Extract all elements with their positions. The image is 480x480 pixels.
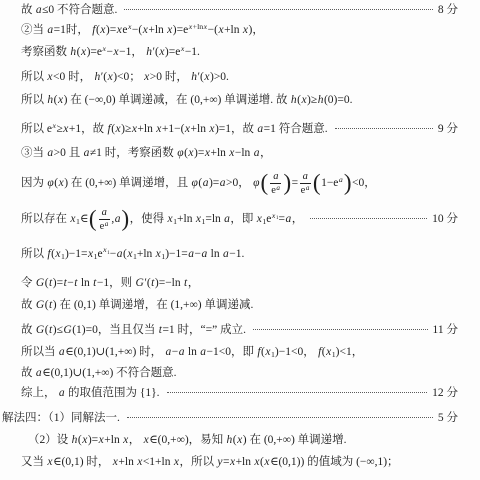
math-variable: a: [188, 247, 195, 262]
math-text: −1，: [119, 45, 146, 60]
math-text: −1，则: [97, 276, 135, 291]
math-text: 综上，: [21, 386, 58, 401]
line-method4: 解法四：（1）同解法一.5 分: [2, 411, 458, 426]
fraction-numerator: a: [270, 171, 281, 184]
math-text: >0 时，: [150, 70, 191, 85]
fraction-numerator: a: [99, 207, 110, 220]
math-text: 考察函数: [21, 45, 70, 60]
dotted-leader: [310, 217, 427, 219]
math-text: )>0.: [210, 70, 229, 85]
math-text: 1: [173, 217, 177, 226]
math-text: 故: [21, 298, 35, 313]
line-def-h: 考察函数 h(x)=ex−x−1， h′(x)=ex−1.: [21, 45, 458, 60]
math-variable: a: [58, 386, 65, 401]
dotted-leader: [253, 328, 428, 330]
math-variable: φ: [177, 146, 184, 161]
score-marker: 9 分: [438, 122, 458, 137]
line-content: 故 a∈(0,1)∪(1,+∞) 不符合题意.: [21, 366, 177, 381]
math-text: 1: [262, 217, 266, 226]
math-text: )≥: [121, 122, 131, 137]
math-text: ∈(0,1) 时，: [53, 455, 112, 470]
line-content: 所以 x<0 时， h′(x)<0； x>0 时， h′(x)>0.: [21, 70, 229, 85]
math-text: 又当: [21, 455, 47, 470]
line-a-le-0: 故 a≤0 不符合题意.8 分: [21, 3, 458, 18]
math-text: )<0；: [113, 70, 143, 85]
math-text: ≤0 不符合题意.: [42, 3, 117, 18]
math-text: ，: [260, 146, 272, 161]
math-text: 令: [21, 276, 35, 291]
math-text: +ln: [191, 122, 209, 137]
math-text: +ln: [193, 22, 203, 31]
math-text: ) 在 (0,+∞) 单调递增，且: [64, 176, 191, 191]
math-text: <0 时，: [53, 70, 94, 85]
superscript: a: [305, 184, 310, 192]
math-text: ，使得: [130, 212, 167, 227]
line-content: 所以当 a∈(0,1)∪(1,+∞) 时， a−a ln a−1<0，即 f(x…: [21, 345, 363, 360]
math-variable: a: [305, 184, 310, 192]
math-variable: a: [302, 171, 308, 182]
math-text: )=e: [173, 23, 188, 38]
math-text: 解法四：（1）同解法一.: [2, 411, 120, 426]
math-variable: G: [135, 276, 144, 291]
math-text: =: [292, 176, 299, 191]
math-text: ③当: [21, 146, 47, 161]
dotted-leader: [124, 8, 432, 10]
math-text: =1 时，“=” 成立.: [162, 323, 246, 338]
line-content: 令 G(t)=t−t ln t−1，则 G′(t)=−ln t，: [21, 276, 199, 291]
math-text: )=: [106, 23, 116, 38]
math-text: ∈: [80, 212, 89, 227]
fraction: aea: [300, 171, 311, 196]
math-text: 所以: [21, 93, 47, 108]
superscript: x1: [271, 216, 278, 217]
math-text: )=e: [165, 45, 180, 60]
line-f-x1: 所以 f(x1)−1=x1ex1−a(x1+ln x1)−1=a−a ln a−…: [21, 247, 458, 262]
math-text: 1: [161, 252, 165, 261]
line-m4-part2: （2）设 h(x)=x+ln x， x∈(0,+∞)，易知 h(x) 在 (0,…: [28, 433, 458, 448]
math-text: 故: [21, 3, 35, 18]
math-text: )=1，故: [215, 122, 257, 137]
line-content: 所以存在 x1∈(aea,a)，使得 x1+ln x1=ln a，即 x1ex1…: [21, 207, 303, 232]
line-case3: ③当 a>0 且 a≠1 时，考察函数 φ(x)=x+ln x−ln a，: [21, 146, 458, 161]
math-variable: φ: [253, 176, 260, 191]
math-text: 所以当: [21, 345, 58, 360]
math-text: >0，: [226, 176, 253, 191]
math-text: <0，: [352, 176, 376, 191]
math-variable: h: [47, 93, 54, 108]
fraction-numerator: a: [300, 171, 311, 184]
math-text: −1.: [185, 45, 200, 60]
math-text: +ln: [137, 122, 155, 137]
subscript: 1: [107, 250, 110, 256]
math-variable: a: [202, 176, 209, 191]
score-marker: 8 分: [438, 3, 458, 18]
math-text: )≤: [53, 323, 63, 338]
math-text: 1: [94, 252, 98, 261]
math-text: =1 符合题意.: [264, 122, 328, 137]
subscript: 1: [276, 215, 279, 221]
math-text: 所以: [21, 70, 47, 85]
line-h-prime-sign: 所以 x<0 时， h′(x)<0； x>0 时， h′(x)>0.: [21, 70, 458, 85]
math-variable: φ: [47, 176, 54, 191]
line-content: 又当 x∈(0,1) 时， x+ln x<1+ln x，所以 y=x+ln x(…: [21, 455, 399, 470]
line-content: ②当 a=1时， f(x)=xex−(x+ln x)=ex+lnx−(x+ln …: [21, 23, 264, 38]
math-text: ) 在 (−∞,0) 单调递减，在 (0,+∞) 单调递增. 故: [64, 93, 291, 108]
math-variable: h: [191, 70, 198, 85]
math-text: ln: [208, 247, 223, 262]
math-text: ∈(0,1)) 的值域为 (−∞,1)；: [270, 455, 399, 470]
math-text: （2）设: [28, 433, 71, 448]
math-text: ，: [129, 433, 143, 448]
math-variable: a: [253, 146, 260, 161]
line-conclusion: 综上， a 的取值范围为 {1}.12 分: [21, 386, 458, 401]
math-text: >0 且: [54, 146, 84, 161]
math-text: ≠1 时，考察函数: [90, 146, 177, 161]
math-text: )=: [53, 276, 63, 291]
math-text: )<1，: [336, 345, 364, 360]
line-exists-x1: 所以存在 x1∈(aea,a)，使得 x1+ln x1=ln a，即 x1ex1…: [21, 207, 458, 232]
score-marker: 10 分: [432, 212, 458, 227]
math-text: +1，故: [69, 122, 107, 137]
math-text: ∈(0,+∞)，易知: [149, 433, 226, 448]
math-variable: x: [102, 44, 106, 53]
math-variable: a: [58, 345, 65, 360]
math-variable: a: [178, 345, 185, 360]
superscript: a: [104, 220, 109, 228]
math-variable: a: [273, 171, 279, 182]
math-text: +ln: [236, 455, 254, 470]
math-text: 1: [76, 217, 80, 226]
math-text: ) 在 (0,+∞) 单调递增.: [243, 433, 347, 448]
math-variable: G: [35, 323, 44, 338]
dotted-leader: [335, 127, 433, 129]
math-text: 所以存在: [21, 212, 70, 227]
math-variable: a: [219, 176, 226, 191]
line-G-mono: 故 G(t) 在 (0,1) 单调递增，在 (1,+∞) 单调递减.: [21, 298, 458, 313]
math-text: −1.: [229, 247, 244, 262]
document-body: 故 a≤0 不符合题意.8 分②当 a=1时， f(x)=xex−(x+ln x…: [0, 0, 480, 480]
math-variable: h: [70, 45, 77, 60]
math-text: −(: [132, 23, 142, 38]
math-text: 所以 e: [21, 122, 52, 137]
math-text: ，所以: [179, 455, 216, 470]
math-text: +ln: [104, 433, 122, 448]
math-variable: φ: [191, 176, 198, 191]
math-variable: h: [226, 433, 233, 448]
math-variable: G: [63, 323, 72, 338]
math-variable: a: [276, 184, 281, 192]
math-variable: a: [114, 212, 121, 227]
line-content: 因为 φ(x) 在 (0,+∞) 单调递增，且 φ(a)=a>0， φ(aea)…: [21, 171, 376, 196]
math-text: ln: [185, 345, 200, 360]
math-text: 故: [21, 366, 35, 381]
math-variable: h: [94, 70, 101, 85]
math-variable: G: [35, 298, 44, 313]
math-variable: a: [285, 212, 292, 227]
math-variable: a: [101, 207, 107, 218]
math-variable: x: [52, 121, 56, 130]
math-text: ，即: [230, 212, 256, 227]
math-text: +1−(: [162, 122, 185, 137]
line-G-max: 故 G(t)≤G(1)=0，当且仅当 t=1 时，“=” 成立.11 分: [21, 323, 458, 338]
math-text: +ln: [224, 23, 242, 38]
line-a-eq-1-ok: 所以 ex≥x+1，故 f(x)≥x+ln x+1−(x+ln x)=1，故 a…: [21, 122, 458, 137]
math-text: (0)=0.: [324, 93, 353, 108]
line-a-union: 所以当 a∈(0,1)∪(1,+∞) 时， a−a ln a−1<0，即 f(x…: [21, 345, 458, 360]
math-text: +ln: [137, 247, 155, 262]
superscript: x1: [103, 250, 110, 251]
math-text: )=−ln: [155, 276, 184, 291]
math-text: 1: [201, 217, 205, 226]
math-text: <1+ln: [143, 455, 174, 470]
line-content: 所以 f(x1)−1=x1ex1−a(x1+ln x1)−1=a−a ln a−…: [21, 247, 244, 262]
math-variable: a: [338, 175, 343, 184]
math-variable: a: [116, 247, 123, 262]
math-text: +ln: [210, 146, 228, 161]
math-text: ∈(0,1)∪(1,+∞) 不符合题意.: [42, 366, 176, 381]
math-text: 1: [332, 350, 336, 359]
math-text: +ln: [118, 455, 136, 470]
math-variable: x: [180, 44, 184, 53]
score-marker: 11 分: [433, 323, 458, 338]
math-text: +ln: [148, 23, 166, 38]
math-variable: x: [127, 22, 131, 31]
math-text: )≥: [307, 93, 317, 108]
line-content: ③当 a>0 且 a≠1 时，考察函数 φ(x)=x+ln x−ln a，: [21, 146, 271, 161]
line-content: 解法四：（1）同解法一.: [2, 411, 120, 426]
line-h-mono: 所以 h(x) 在 (−∞,0) 单调递减，在 (0,+∞) 单调递增. 故 h…: [21, 93, 458, 108]
fraction-denominator: ea: [100, 220, 109, 232]
math-variable: a: [104, 220, 109, 228]
line-content: 所以 h(x) 在 (−∞,0) 单调递减，在 (0,+∞) 单调递增. 故 h…: [21, 93, 352, 108]
score-marker: 12 分: [432, 386, 458, 401]
math-text: ln: [78, 276, 93, 291]
math-text: 1: [61, 252, 65, 261]
math-text: 1: [276, 215, 279, 221]
math-text: 故: [21, 323, 35, 338]
math-text: 1−e: [321, 176, 338, 191]
line-case2: ②当 a=1时， f(x)=xex−(x+ln x)=ex+lnx−(x+ln …: [21, 23, 458, 38]
math-variable: h: [146, 45, 153, 60]
math-variable: a: [257, 122, 264, 137]
math-text: 1: [107, 250, 110, 256]
math-text: )=: [194, 146, 204, 161]
math-text: )=: [88, 433, 98, 448]
math-variable: a: [222, 247, 229, 262]
math-variable: a: [83, 146, 90, 161]
line-content: 所以 ex≥x+1，故 f(x)≥x+ln x+1−(x+ln x)=1，故 a…: [21, 122, 328, 137]
math-text: ) 在 (0,1) 单调递增，在 (1,+∞) 单调递减.: [53, 298, 254, 313]
line-union-fail: 故 a∈(0,1)∪(1,+∞) 不符合题意.: [21, 366, 458, 381]
math-text: =ln: [205, 212, 223, 227]
math-text: ，: [292, 212, 304, 227]
math-text: 所以: [21, 247, 47, 262]
math-text: )=e: [87, 45, 102, 60]
math-variable: G: [35, 276, 44, 291]
dotted-leader: [127, 416, 433, 418]
math-text: e: [98, 247, 103, 262]
math-text: )=: [209, 176, 219, 191]
math-text: 1: [133, 252, 137, 261]
line-phi-values: 因为 φ(x) 在 (0,+∞) 单调递增，且 φ(a)=a>0， φ(aea)…: [21, 171, 458, 196]
line-content: 考察函数 h(x)=ex−x−1， h′(x)=ex−1.: [21, 45, 200, 60]
line-content: 故 G(t) 在 (0,1) 单调递增，在 (1,+∞) 单调递减.: [21, 298, 253, 313]
math-text: −(: [208, 23, 218, 38]
math-variable: a: [201, 247, 208, 262]
math-variable: h: [317, 93, 324, 108]
fraction: aea: [99, 207, 110, 232]
math-text: )−1=: [165, 247, 188, 262]
math-text: −1<0，即: [206, 345, 256, 360]
math-text: 的取值范围为 {1}.: [65, 386, 159, 401]
math-text: ∈(0,1)∪(1,+∞) 时，: [65, 345, 165, 360]
math-variable: a: [47, 146, 54, 161]
math-variable: a: [35, 3, 42, 18]
math-variable: a: [200, 345, 207, 360]
fraction: aea: [270, 171, 281, 196]
score-marker: 5 分: [438, 411, 458, 426]
dotted-leader: [167, 391, 428, 393]
math-variable: a: [35, 366, 42, 381]
line-def-G: 令 G(t)=t−t ln t−1，则 G′(t)=−ln t，: [21, 276, 458, 291]
math-text: =1时，: [54, 23, 92, 38]
fraction-denominator: ea: [271, 184, 280, 196]
line-content: 故 G(t)≤G(1)=0，当且仅当 t=1 时，“=” 成立.: [21, 323, 246, 338]
math-text: ②当: [21, 23, 47, 38]
math-text: )−1=: [65, 247, 88, 262]
math-text: 因为: [21, 176, 47, 191]
math-text: +ln: [177, 212, 195, 227]
line-content: （2）设 h(x)=x+ln x， x∈(0,+∞)，易知 h(x) 在 (0,…: [28, 433, 347, 448]
fraction-denominator: ea: [301, 184, 310, 196]
math-variable: a: [165, 345, 172, 360]
line-content: 故 a≤0 不符合题意.: [21, 3, 117, 18]
math-text: −ln: [235, 146, 253, 161]
line-content: 综上， a 的取值范围为 {1}.: [21, 386, 160, 401]
math-text: )−1<0，: [275, 345, 318, 360]
superscript: a: [276, 184, 281, 192]
line-m4-range: 又当 x∈(0,1) 时， x+ln x<1+ln x，所以 y=x+ln x(…: [21, 455, 458, 470]
math-text: ，: [188, 276, 200, 291]
math-variable: h: [290, 93, 297, 108]
math-text: (1)=0，当且仅当: [72, 323, 158, 338]
math-variable: a: [224, 212, 231, 227]
math-variable: x: [203, 22, 207, 31]
math-variable: a: [47, 23, 54, 38]
math-text: )，: [248, 23, 263, 38]
math-text: 1: [271, 350, 275, 359]
math-variable: h: [71, 433, 78, 448]
